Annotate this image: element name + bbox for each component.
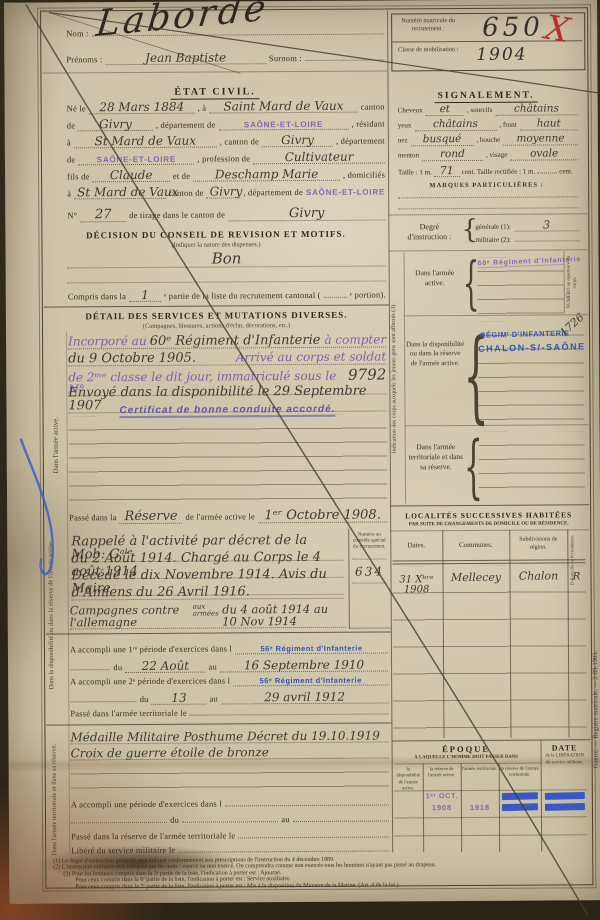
departement-label: , département	[336, 135, 385, 145]
epoque-col2-label: la réserve de l'armée active.	[424, 767, 460, 780]
canton-domicile: Givry	[207, 185, 241, 198]
etat-civil-line-2: de Givry , département de SAÔNE-ET-LOIRE…	[67, 116, 385, 131]
territoriale-corps-label: Dans l'armée territoriale et dans sa rés…	[407, 442, 465, 473]
departement-stamp: SAÔNE-ET-LOIRE	[218, 120, 348, 131]
compris-label: Compris dans la	[68, 291, 126, 301]
taille-label: Taille : 1 m.	[398, 168, 432, 176]
hw-a-compter: à compter	[323, 333, 386, 345]
hw-matricule-corps: 9792	[348, 367, 386, 382]
canton-label: , canton de	[220, 136, 259, 146]
periode2-label: A accompli une 2ᵉ période d'exercices da…	[70, 675, 230, 686]
du-label: du	[113, 662, 122, 672]
hw-incorpore: Incorporé au	[68, 335, 147, 347]
blank-line	[353, 582, 387, 583]
domicilies-label: , domiciliés	[343, 169, 385, 179]
canton-residence: Givry	[262, 134, 333, 147]
prenoms-label: Prénoms :	[66, 54, 102, 64]
etat-civil-line-4: de SAÔNE-ET-LOIRE , profession de Cultiv…	[67, 150, 385, 165]
bouche-label: , bouche	[477, 136, 501, 144]
etat-civil-header: ÉTAT CIVIL.	[42, 80, 387, 100]
armee-active-label: Dans l'armée active.	[407, 268, 463, 288]
matricule-value: 650	[482, 13, 544, 43]
canton-naissance: Givry	[78, 118, 153, 131]
compris-label-3: ᵉ portion).	[350, 289, 386, 299]
residence-value: St Mard de Vaux	[74, 135, 217, 149]
menton-value: rond	[422, 149, 483, 161]
hw-campagnes-dates: du 4 août 1914 au 10 Nov 1914	[222, 604, 346, 628]
controle-value: 634	[350, 565, 388, 577]
disponibilite-label: Dans la disponibilité ou dans la réserve…	[406, 340, 464, 369]
sourcils-label: , sourcils	[467, 106, 492, 114]
marques-label: MARQUES PARTICULIÈRES :	[388, 181, 585, 189]
etat-civil-line-5: fils de Claude et de Deschamp Marie , do…	[67, 167, 385, 182]
et-de-label: et de	[173, 171, 190, 181]
medaille-line-1: Médaille Militaire Posthume Décret du 19…	[70, 729, 388, 744]
footnotes: (1) Le degré d'instruction générale sera…	[53, 855, 587, 890]
taille-row: Taille : 1 m. 71 cent. Taille rectifiée …	[398, 164, 578, 177]
du-label: du	[140, 694, 149, 704]
classe-label: Classe de mobilisation :	[394, 46, 462, 55]
nom-label: Nom :	[66, 28, 89, 38]
hw-rappel-4: d'Amiens du 26 Avril 1916.	[72, 585, 250, 599]
periode1-dates-row: du 22 Août au 16 Septembre 1910	[70, 658, 388, 673]
passe-reserve-row: Passé dans la Réserve de l'armée active …	[69, 508, 387, 524]
services-title: DÉTAIL DES SERVICES ET MUTATIONS DIVERSE…	[44, 309, 389, 321]
front-value: haut	[520, 118, 578, 130]
margin-disponibilite: Dans la disponibilité ou dans la réserve…	[47, 537, 66, 692]
blank-field	[182, 821, 278, 823]
epoque-reserve-date-1: 1ᵉʳ OCT.	[424, 793, 460, 800]
signalement-line-1: Cheveux et , sourcils châtains	[398, 103, 578, 116]
degre-label-1: Degré	[403, 222, 455, 231]
libere-label: Libéré du service militaire le	[71, 845, 175, 856]
campagnes-line: Campagnes contre l'allemagne aux armées …	[70, 604, 346, 630]
au-label: au	[208, 662, 216, 672]
table-ruled-rows	[392, 565, 586, 736]
nez-value: busqué	[411, 134, 474, 146]
epoque-title: ÉPOQUE	[394, 744, 539, 755]
epoque-col3-label: l'armée territoriale.	[462, 767, 498, 774]
repertoire-label: NUMÉRO au répertoire du corps.	[567, 252, 583, 312]
services-line-1: Incorporé au 60ᵉ Régiment d'Infanterie à…	[68, 333, 386, 349]
blank-field	[178, 850, 389, 852]
date-subtitle: de la LIBÉRATION du service militaire.	[543, 753, 587, 767]
controle-label: Numéro au contrôle spécial du recrutemen…	[350, 531, 388, 550]
margin-territoriale: Dans l'armée territoriale et dans sa rés…	[50, 734, 67, 864]
services-line-2: du 9 Octobre 1905. Arrivé au corps et so…	[68, 350, 386, 366]
departement-stamp: SAÔNE-ET-LOIRE	[78, 155, 194, 166]
pere-value: Claude	[92, 169, 169, 182]
periode1-debut: 22 Août	[125, 660, 205, 673]
passe-label: Passé dans la	[69, 512, 117, 522]
cheveux-label: Cheveux	[398, 106, 423, 114]
tirage-canton: Givry	[228, 206, 385, 221]
periode1-regiment-stamp: 56ᵉ Régiment d'Infanterie	[235, 643, 388, 654]
ne-le-label: Né le	[67, 103, 86, 113]
de-label: de	[67, 154, 75, 164]
periode2-dates-row: du 13 au 29 avril 1912	[70, 690, 388, 705]
date-naissance: 28 Mars 1884	[89, 101, 195, 115]
hw-campagnes: Campagnes contre l'allemagne	[70, 605, 191, 629]
tirage-label: de tirage dans le canton de	[129, 209, 225, 220]
signalement-header: SIGNALEMENT.	[388, 84, 585, 103]
epoque-reserve-date-2: 1908	[424, 803, 460, 812]
blank-field	[70, 701, 136, 702]
decision-value-row: Bon	[68, 250, 386, 268]
visage-label: , visage	[486, 151, 507, 159]
localites-title: LOCALITÉS SUCCESSIVES HABITÉES	[392, 510, 585, 520]
surnom-field	[305, 59, 384, 60]
hw-aux-armees: aux armées	[193, 604, 220, 618]
ruled-lines	[71, 758, 389, 790]
reserve-value: Réserve	[120, 510, 183, 524]
exercices-label: A accompli une période d'exercices dans …	[71, 798, 222, 809]
compris-row: Compris dans la 1 ᵉ partie de la liste d…	[68, 287, 386, 302]
degre-militaire-row: militaire (2):	[475, 235, 579, 244]
taille-rectifiee-label: cent. Taille rectifiée : 1 m.	[462, 168, 535, 176]
periode1-fin: 16 Septembre 1910	[220, 658, 388, 672]
epoque-subtitle: À LAQUELLE L'HOMME DOIT PASSER DANS	[394, 755, 539, 761]
au-label: au	[281, 814, 289, 824]
territoriale-label: Passé dans l'armée territoriale le	[70, 708, 186, 719]
numero-label: N°	[67, 210, 77, 220]
printer-imprint: Guerre. — Registre matricule. — 2-89-190…	[591, 554, 600, 864]
territoriale-exercices-row: A accompli une période d'exercices dans …	[71, 797, 389, 809]
classe-value: 1904	[476, 45, 527, 65]
surnom-label: Surnom :	[269, 53, 302, 63]
canton-label: canton	[361, 101, 385, 111]
visage-value: ovale	[510, 148, 578, 160]
hw-date-incorporation: du 9 Octobre 1905.	[68, 352, 196, 366]
ruled-lines	[69, 414, 388, 506]
periode1-row: A accompli une 1ʳᵉ période d'exercices d…	[70, 642, 388, 655]
etat-civil-title: ÉTAT CIVIL.	[170, 86, 260, 100]
degre-generale-row: générale (1): 3	[475, 219, 579, 232]
blank-field	[238, 836, 389, 838]
fils-de-label: fils de	[67, 171, 89, 181]
blank-field	[514, 240, 579, 241]
blank-field	[537, 172, 557, 173]
taille-value: 71	[434, 165, 460, 177]
etat-civil-line-1: Né le 28 Mars 1884 , à Saint Mard de Vau…	[67, 99, 385, 114]
periode2-row: A accompli une 2ᵉ période d'exercices da…	[70, 674, 388, 687]
blank-line	[352, 558, 386, 559]
paper-sheet: Nom : Laborde Prénoms : Jean Baptiste Su…	[4, 0, 600, 904]
etat-civil-line-6: à St Mard de Vaux canton de Givry , dépa…	[67, 184, 385, 199]
etat-civil-line-3: à St Mard de Vaux , canton de Givry , dé…	[67, 133, 385, 148]
rappel-line-4: d'Amiens du 26 Avril 1916.	[72, 585, 344, 601]
compris-label-2: ᵉ partie de la liste du recrutement cant…	[164, 290, 321, 301]
mere-value: Deschamp Marie	[193, 168, 340, 182]
au-label: au	[209, 694, 217, 704]
prenoms-row: Prénoms : Jean Baptiste Surnom :	[66, 50, 384, 65]
front-label: , front	[499, 121, 516, 129]
menton-label: menton	[398, 151, 419, 159]
signalement-line-4: menton rond , visage ovale	[398, 148, 578, 161]
hw-croix-de-guerre: Croix de guerre étoile de bronze	[71, 746, 269, 759]
territoriale-dates-row: du au	[71, 813, 389, 825]
signalement-line-2: yeux châtains , front haut	[398, 118, 578, 131]
periode1-label: A accompli une 1ʳᵉ période d'exercices d…	[70, 643, 232, 654]
margin-indication-corps: Indication des corps auxquels les jeunes…	[391, 254, 404, 502]
militaire-label: militaire (2):	[475, 236, 511, 244]
ink-block	[545, 803, 585, 811]
bouche-value: moyenne	[503, 133, 578, 145]
departement-label: , département de	[243, 187, 303, 197]
decision-title: DÉCISION DU CONSEIL DE REVISION ET MOTIF…	[43, 228, 388, 240]
du-label: du	[170, 815, 179, 825]
yeux-label: yeux	[398, 121, 412, 129]
lieu-naissance: Saint Mard de Vaux	[209, 100, 358, 114]
degre-label-2: d'instruction :	[397, 232, 461, 241]
decision-value: Bon	[68, 250, 386, 268]
cent-label: cent.	[559, 167, 572, 175]
col-subdivisions: Subdivisions de région.	[511, 536, 565, 552]
hw-medaille-militaire: Médaille Militaire Posthume Décret du 19…	[70, 730, 379, 744]
reserve-territoriale-label: Passé dans la réserve de l'armée territo…	[71, 830, 235, 841]
generale-value: 3	[514, 219, 580, 231]
hw-arrive-corps: Arrivé au corps et soldat	[236, 350, 386, 363]
date-passage-reserve: 1ᵉʳ Octobre 1908.	[258, 508, 387, 523]
signalement-line-3: nez busqué , bouche moyenne	[398, 133, 578, 146]
departement-label: , département de	[156, 120, 216, 130]
blank-field	[190, 713, 389, 715]
tirage-row: N° 27 de tirage dans le canton de Givry	[67, 206, 385, 222]
ink-block	[502, 792, 538, 800]
generale-label: générale (1):	[475, 223, 511, 231]
margin-armee-active: Dans l'armée active.	[51, 390, 64, 500]
col-communes: Communes.	[444, 541, 507, 549]
nez-label: nez	[398, 136, 408, 144]
a-label: , à	[198, 103, 207, 113]
ink-block	[502, 803, 538, 811]
yeux-value: châtains	[414, 119, 496, 131]
libere-row: Libéré du service militaire le	[71, 843, 389, 855]
departement-stamp: SAÔNE-ET-LOIRE	[306, 187, 385, 196]
col-dates: Dates.	[392, 541, 440, 549]
sourcils-value: châtains	[495, 103, 577, 115]
ink-block	[545, 792, 585, 800]
blank-field	[293, 820, 389, 822]
ruled-lines	[479, 431, 585, 500]
residant-label: , résidant	[352, 118, 385, 128]
compris-num: 1	[129, 289, 161, 302]
blank-field	[71, 822, 167, 824]
scanned-register-page: Nom : Laborde Prénoms : Jean Baptiste Su…	[0, 0, 600, 920]
periode2-debut: 13	[152, 692, 207, 705]
date-title: DATE	[543, 743, 587, 752]
periode2-fin: 29 avril 1912	[221, 690, 388, 704]
matricule-label: Numéro matricule du recrutement :	[394, 17, 462, 34]
de-label: de	[67, 120, 75, 130]
blank-field	[225, 804, 389, 806]
signalement-title: SIGNALEMENT.	[435, 91, 538, 104]
blank-field	[70, 669, 110, 670]
prenoms-value: Jean Baptiste	[105, 51, 266, 65]
portion-field	[324, 297, 347, 298]
armee-active-label: de l'armée active le	[185, 511, 255, 521]
passe-territoriale-row: Passé dans l'armée territoriale le	[70, 706, 388, 718]
numero-tirage: 27	[80, 208, 126, 222]
epoque-col4-label: la réserve de l'armée territoriale.	[500, 767, 540, 780]
domicile-value: St Mard de Vaux	[74, 186, 166, 200]
hw-regiment: 60ᵉ Régiment d'Infanterie	[150, 334, 321, 348]
a-label: à	[67, 137, 71, 147]
a-label: à	[67, 188, 71, 198]
canton-label: canton de	[169, 188, 204, 198]
reserve-territoriale-row: Passé dans la réserve de l'armée territo…	[71, 829, 389, 841]
profession-value: Cultivateur	[253, 150, 385, 164]
periode2-regiment-stamp: 56ᵉ Régiment d'Infanterie	[233, 675, 388, 686]
cheveux-value: et	[426, 104, 465, 116]
epoque-territoriale-date: 1918	[462, 803, 498, 812]
profession-label: , profession de	[197, 153, 250, 163]
epoque-col1-label: la disponibilité de l'armée active.	[395, 767, 422, 793]
